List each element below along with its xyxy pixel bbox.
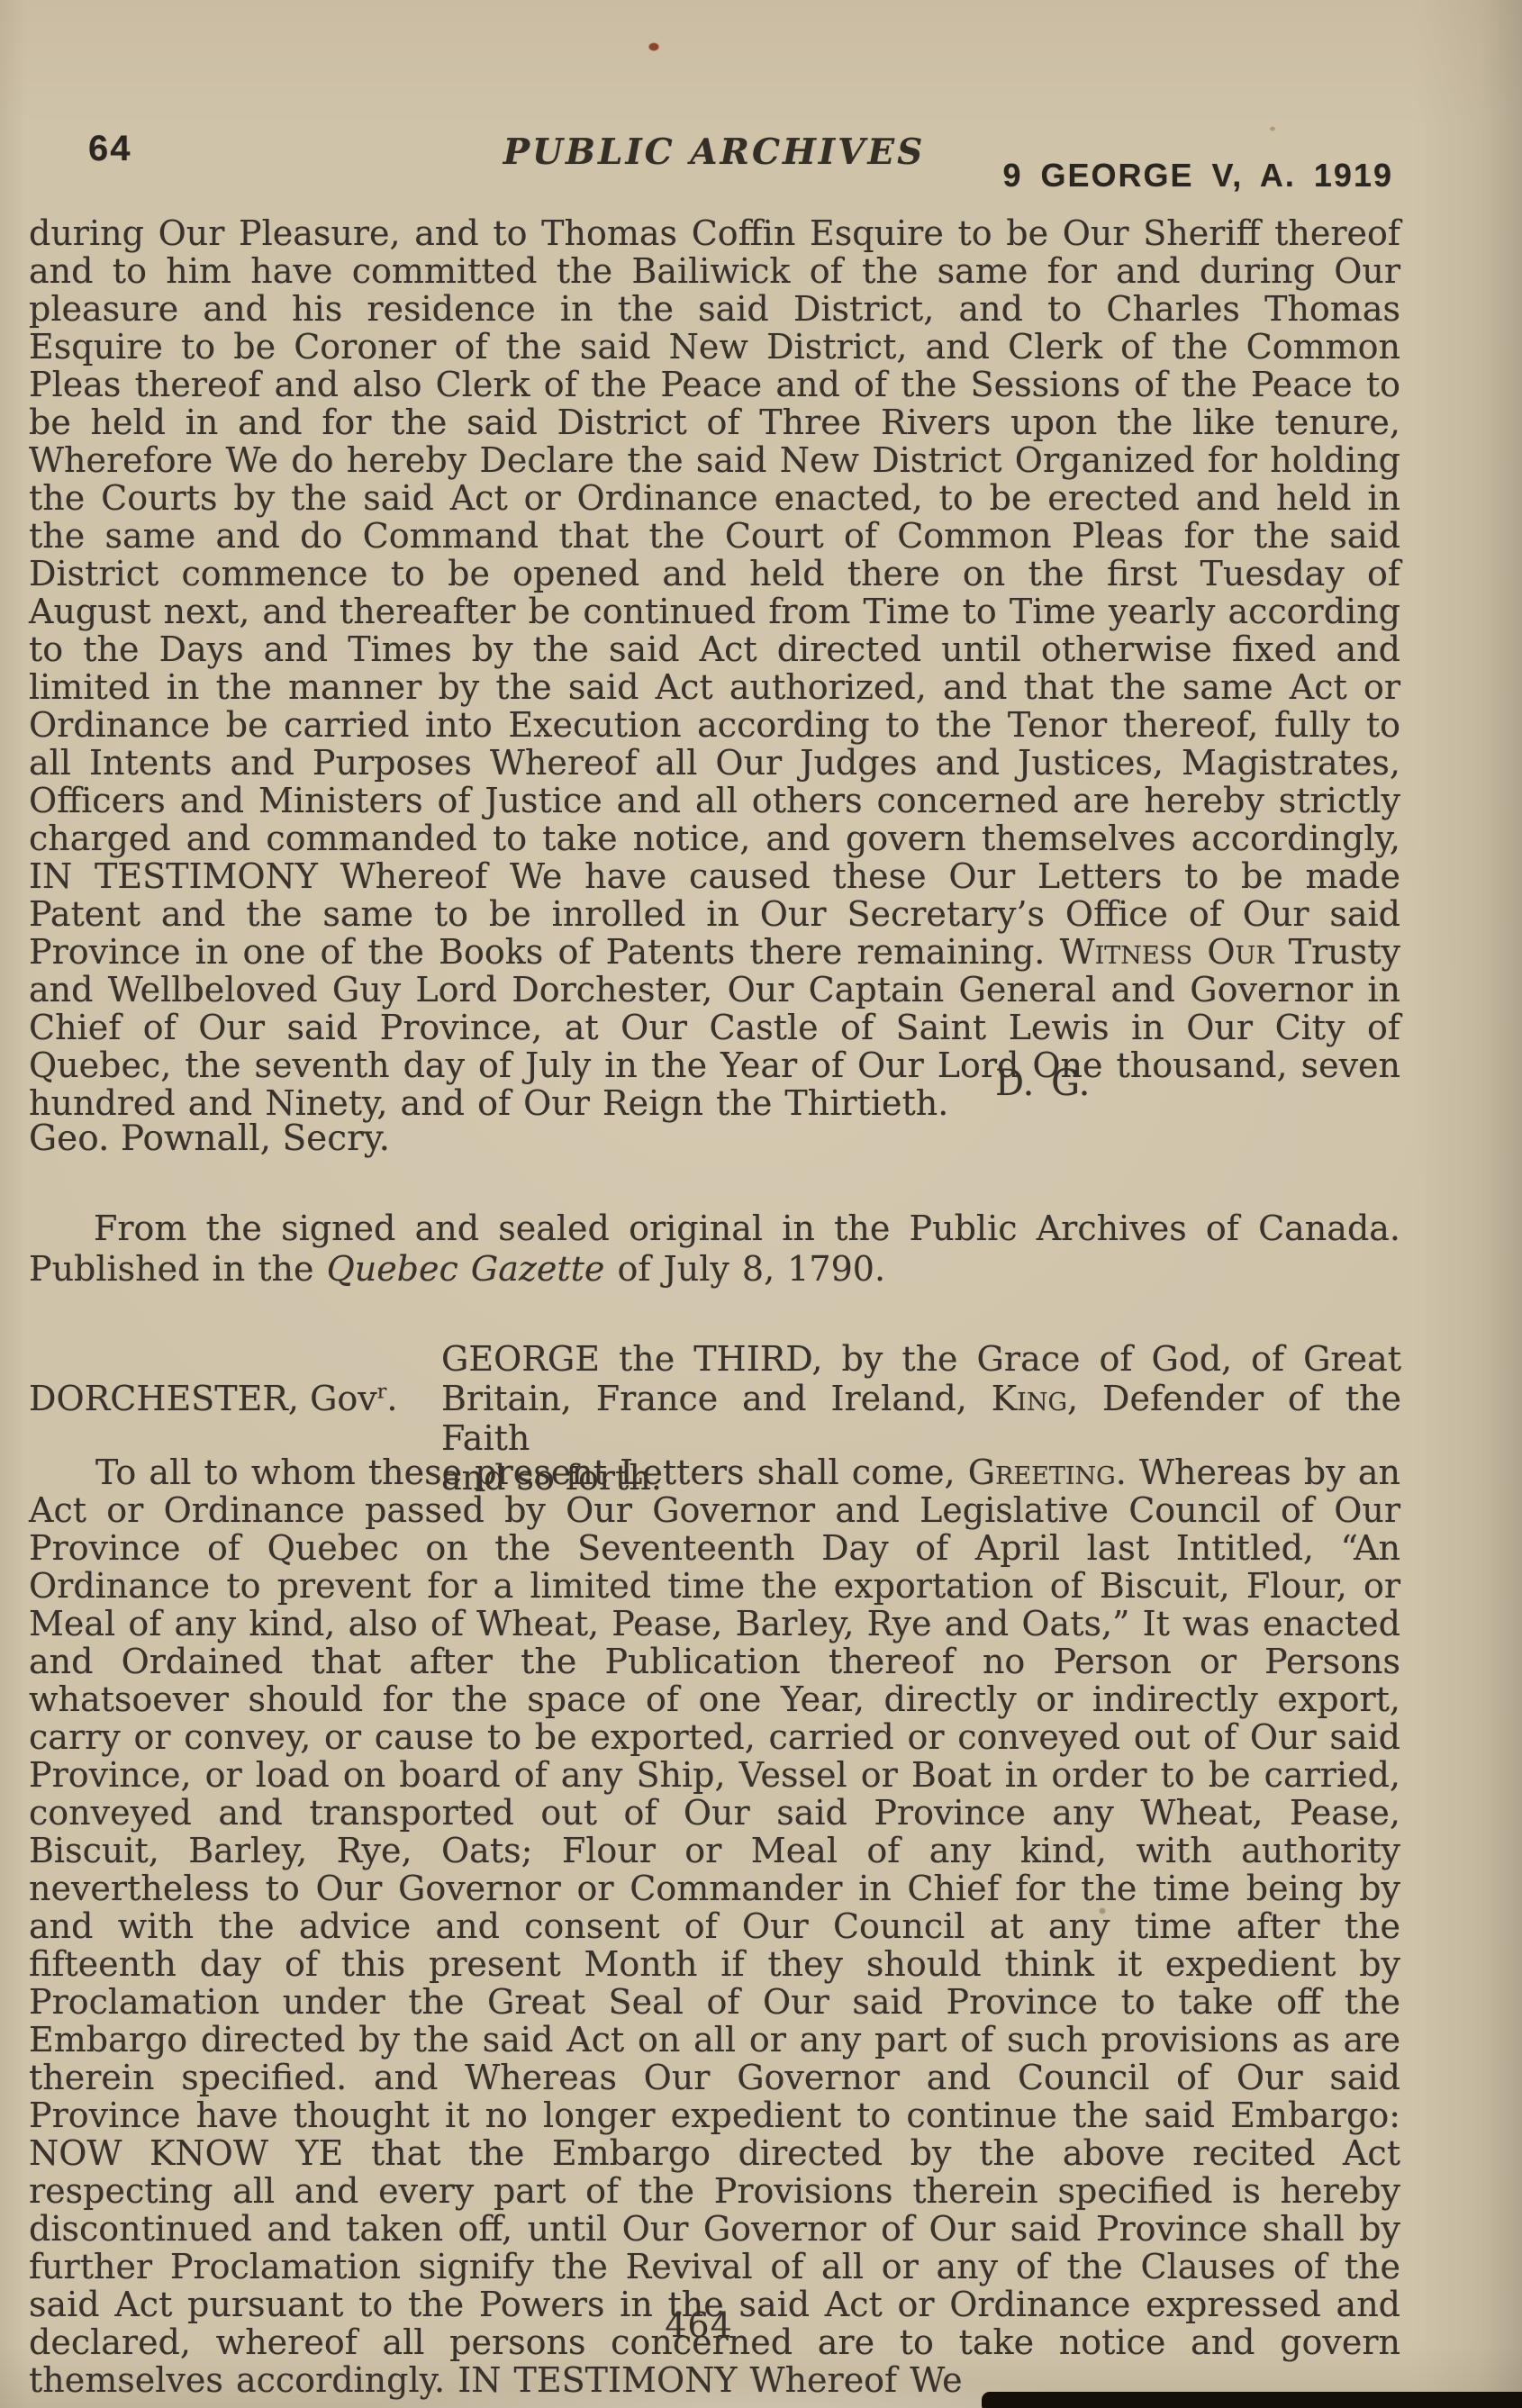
book-edge-shadow bbox=[982, 2392, 1522, 2408]
bottom-page-number: 464 bbox=[29, 2305, 1369, 2345]
royal-style-line1: GEORGE the THIRD, by the Grace of God, o… bbox=[441, 1339, 1401, 1379]
archive-book-page: 64 PUBLIC ARCHIVES 9 GEORGE V, A. 1919 d… bbox=[0, 0, 1522, 2408]
secretary-signature: Geo. Pownall, Secry. bbox=[29, 1118, 390, 1159]
district-proclamation-text: during Our Pleasure, and to Thomas Coffi… bbox=[29, 214, 1400, 1122]
embargo-proclamation-text: To all to whom these present Letters sha… bbox=[29, 1453, 1400, 2399]
session-header: 9 GEORGE V, A. 1919 bbox=[1002, 157, 1393, 195]
signature-initials: D. G. bbox=[995, 1063, 1090, 1104]
marginal-label-dorchester: DORCHESTER, Govr. bbox=[29, 1379, 397, 1418]
source-note: From the signed and sealed original in t… bbox=[29, 1209, 1400, 1290]
royal-style-line2: Britain, France and Ireland, King, Defen… bbox=[441, 1379, 1401, 1458]
